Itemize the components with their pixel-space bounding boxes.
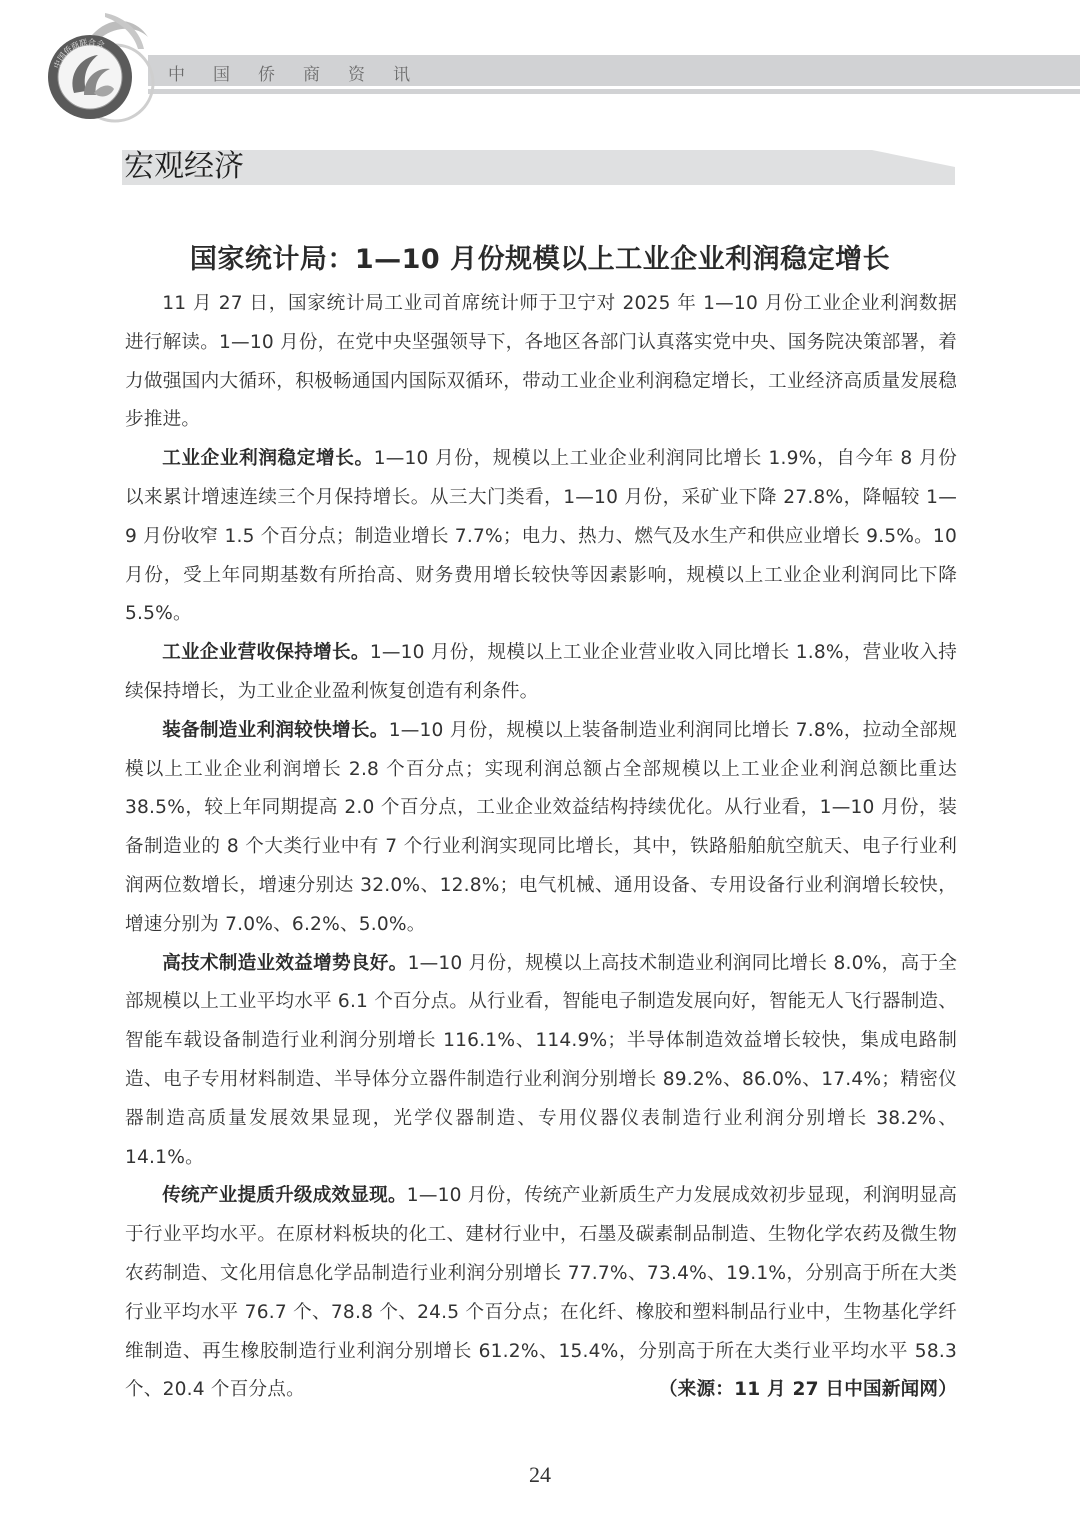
paragraph-text: 1—10 月份，规模以上工业企业利润同比增长 1.9%，自今年 8 月份以来累计…: [125, 448, 957, 624]
article-body: 11 月 27 日，国家统计局工业司首席统计师于卫宁对 2025 年 1—10 …: [125, 285, 957, 1410]
paragraph-lead: 工业企业营收保持增长。: [162, 642, 370, 663]
paragraph-text: 1—10 月份，规模以上高技术制造业利润同比增长 8.0%，高于全部规模以上工业…: [125, 953, 957, 1168]
paragraph-lead: 工业企业利润稳定增长。: [162, 448, 374, 469]
paragraph-lead: 传统产业提质升级成效显现。: [162, 1185, 407, 1206]
article-paragraph: 高技术制造业效益增势良好。1—10 月份，规模以上高技术制造业利润同比增长 8.…: [125, 945, 957, 1178]
publication-title-char: 国: [213, 60, 230, 85]
paragraph-text: 1—10 月份，传统产业新质生产力发展成效初步显现，利润明显高于行业平均水平。在…: [125, 1185, 957, 1400]
page-number: 24: [0, 1462, 1080, 1488]
section-banner: [122, 150, 955, 185]
publication-title-char: 商: [303, 60, 320, 85]
paragraph-text: 11 月 27 日，国家统计局工业司首席统计师于卫宁对 2025 年 1—10 …: [125, 293, 957, 430]
article-paragraph: 工业企业营收保持增长。1—10 月份，规模以上工业企业营业收入同比增长 1.8%…: [125, 634, 957, 712]
article-paragraph: 传统产业提质升级成效显现。1—10 月份，传统产业新质生产力发展成效初步显现，利…: [125, 1177, 957, 1410]
header-rule: [148, 89, 1080, 94]
federation-logo-icon: 中国侨商联合会: [40, 5, 165, 125]
publication-title-char: 资: [348, 60, 365, 85]
article-paragraph: 装备制造业利润较快增长。1—10 月份，规模以上装备制造业利润同比增长 7.8%…: [125, 712, 957, 945]
publication-title-char: 侨: [258, 60, 275, 85]
paragraph-lead: 高技术制造业效益增势良好。: [162, 953, 407, 974]
article-paragraph: 11 月 27 日，国家统计局工业司首席统计师于卫宁对 2025 年 1—10 …: [125, 285, 957, 440]
article-source: （来源：11 月 27 日中国新闻网）: [659, 1371, 957, 1410]
article-title: 国家统计局：1—10 月份规模以上工业企业利润稳定增长: [122, 240, 958, 280]
paragraph-text: 1—10 月份，规模以上装备制造业利润同比增长 7.8%，拉动全部规模以上工业企…: [125, 720, 957, 935]
article-paragraph: 工业企业利润稳定增长。1—10 月份，规模以上工业企业利润同比增长 1.9%，自…: [125, 440, 957, 634]
publication-title-char: 讯: [393, 60, 410, 85]
publication-title-char: 中: [168, 60, 185, 85]
paragraph-lead: 装备制造业利润较快增长。: [162, 720, 389, 741]
publication-title: 中 国 侨 商 资 讯: [168, 58, 438, 86]
section-title: 宏观经济: [124, 149, 244, 185]
